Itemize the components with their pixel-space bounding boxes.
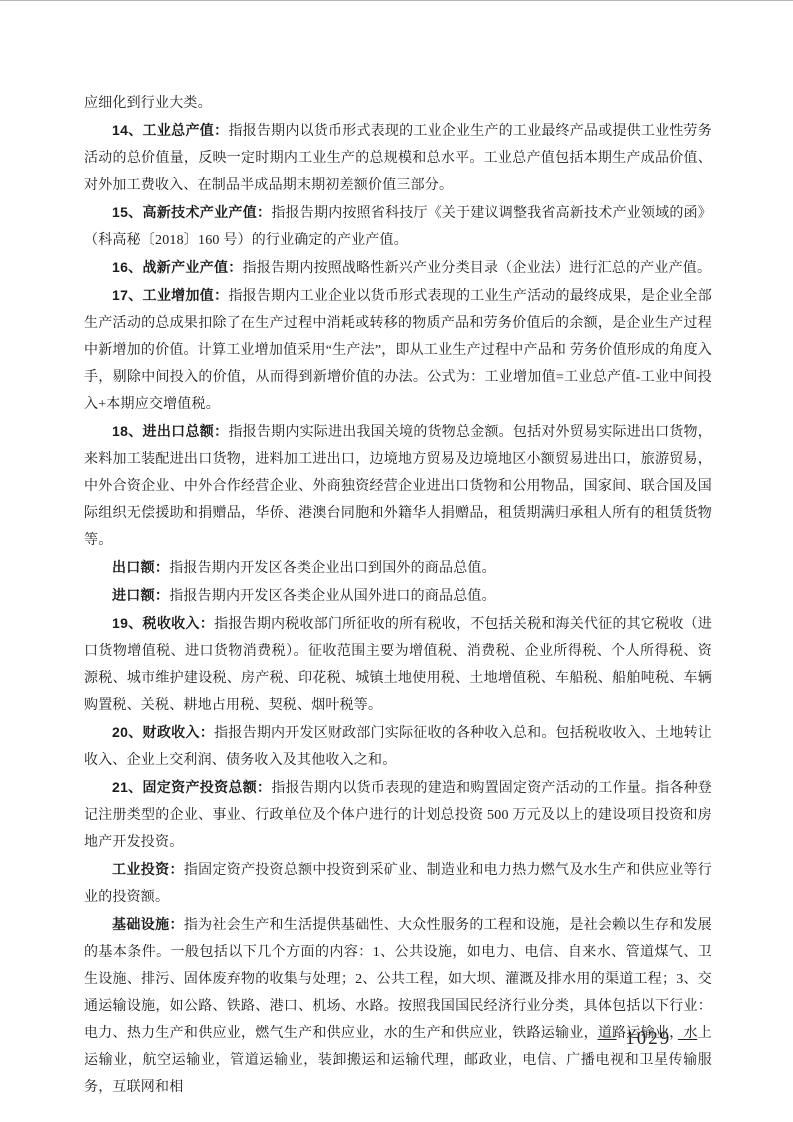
definition-term-21: 21、固定资产投资总额： xyxy=(112,779,271,795)
definition-term-19: 19、税收收入： xyxy=(112,615,214,631)
definition-body-import: 指报告期内开发区各类企业从国外进口的商品总值。 xyxy=(169,589,496,604)
definition-paragraph-19: 19、税收收入：指报告期内税收部门所征收的所有税收，不包括关税和海关代征的其它税… xyxy=(84,610,712,719)
definition-paragraph-20: 20、财政收入：指报告期内开发区财政部门实际征收的各种收入总和。包括税收收入、土… xyxy=(84,719,712,774)
definition-term-industrial-investment: 工业投资： xyxy=(112,861,184,877)
scan-edge-line xyxy=(0,0,793,1)
definition-paragraph-18: 18、进出口总额：指报告期内实际进出我国关境的货物总金额。包括对外贸易实际进出口… xyxy=(84,418,712,554)
definition-term-16: 16、战新产业产值： xyxy=(112,259,243,275)
definition-body-18: 指报告期内实际进出我国关境的货物总金额。包括对外贸易实际进出口货物，来料加工装配… xyxy=(84,425,712,548)
definition-paragraph-14: 14、工业总产值：指报告期内以货币形式表现的工业企业生产的工业最终产品或提供工业… xyxy=(84,117,712,199)
page-footer: — 1029 — xyxy=(598,1028,700,1050)
definition-body-16: 指报告期内按照战略性新兴产业分类目录（企业法）进行汇总的产业产值。 xyxy=(243,261,712,276)
definition-paragraph-17: 17、工业增加值：指报告期内工业企业以货币形式表现的工业生产活动的最终成果，是企… xyxy=(84,282,712,418)
definition-body-17: 指报告期内工业企业以货币形式表现的工业生产活动的最终成果，是企业全部生产活动的总… xyxy=(84,289,712,412)
definition-term-export: 出口额： xyxy=(112,559,169,575)
definition-term-import: 进口额： xyxy=(112,587,169,603)
definition-paragraph-15: 15、高新技术产业产值：指报告期内按照省科技厅《关于建议调整我省高新技术产业领域… xyxy=(84,199,712,254)
definition-paragraph-21: 21、固定资产投资总额：指报告期内以货币表现的建造和购置固定资产活动的工作量。指… xyxy=(84,774,712,856)
definition-paragraph-16: 16、战新产业产值：指报告期内按照战略性新兴产业分类目录（企业法）进行汇总的产业… xyxy=(84,254,712,282)
continuation-text: 应细化到行业大类。 xyxy=(84,96,212,111)
definition-term-14: 14、工业总产值： xyxy=(112,122,228,138)
definition-paragraph-import: 进口额：指报告期内开发区各类企业从国外进口的商品总值。 xyxy=(84,582,712,610)
definition-paragraph-infrastructure: 基础设施：指为社会生产和生活提供基础性、大众性服务的工程和设施，是社会赖以生存和… xyxy=(84,911,712,1101)
definition-body-infrastructure: 指为社会生产和生活提供基础性、大众性服务的工程和设施，是社会赖以生存和发展的基本… xyxy=(84,918,712,1095)
definition-term-infrastructure: 基础设施： xyxy=(112,916,184,932)
definition-term-15: 15、高新技术产业产值： xyxy=(112,204,271,220)
definition-body-export: 指报告期内开发区各类企业出口到国外的商品总值。 xyxy=(169,561,496,576)
document-page: 应细化到行业大类。 14、工业总产值：指报告期内以货币形式表现的工业企业生产的工… xyxy=(0,0,793,1122)
definition-paragraph-export: 出口额：指报告期内开发区各类企业出口到国外的商品总值。 xyxy=(84,554,712,582)
definition-term-20: 20、财政收入： xyxy=(112,724,214,740)
paragraph-continuation: 应细化到行业大类。 xyxy=(84,90,712,117)
text-block: 应细化到行业大类。 14、工业总产值：指报告期内以货币形式表现的工业企业生产的工… xyxy=(84,90,712,1101)
definition-term-17: 17、工业增加值： xyxy=(112,287,228,303)
definition-paragraph-industrial-investment: 工业投资：指固定资产投资总额中投资到采矿业、制造业和电力热力燃气及水生产和供应业… xyxy=(84,856,712,911)
page-number: — 1029 — xyxy=(598,1028,700,1049)
definition-term-18: 18、进出口总额： xyxy=(112,423,228,439)
definition-body-19: 指报告期内税收部门所征收的所有税收，不包括关税和海关代征的其它税收（进口货物增值… xyxy=(84,617,712,713)
